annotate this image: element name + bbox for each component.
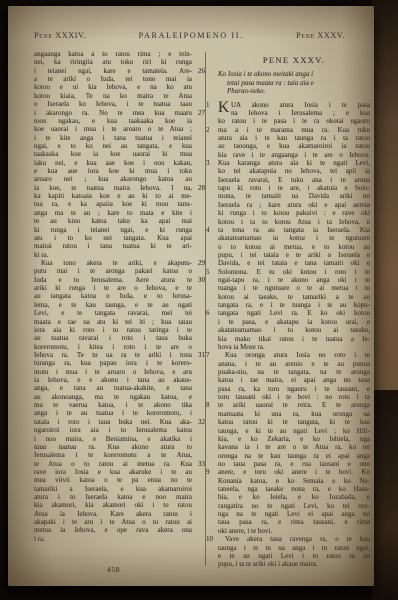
text-line: angaanga katoa a to ratou rima ; e tein-	[34, 50, 192, 58]
text-line: mairai ratou i tana tuatua ki te ari-	[34, 242, 192, 250]
text-line: tangata ngati Levi ra. E ko oki kotou6	[218, 309, 370, 317]
verse-number: 28	[198, 184, 205, 192]
verse-number: 31	[198, 351, 205, 359]
text-line: tangata ra, e i te tuanga i te au kopu-	[218, 301, 370, 309]
text-line: anga, e tana au tuatua-akakite, e tana	[34, 384, 192, 392]
text-line: ki runga i teianei ngai, e ki runga	[34, 226, 192, 234]
text-line: anana, i te au arenio e te au punua	[218, 360, 370, 368]
verse-number: 7	[206, 351, 210, 359]
text-line: au tangata katoa o Iuda, e to Ierusa-	[34, 292, 192, 300]
chapter-heading: PENE XXXV.	[218, 56, 370, 67]
text-line: tataia i roto i taua buka nei. Kua aka-3…	[34, 418, 192, 426]
text-line: iora aia ki roto i to ratou taringa i te	[34, 326, 192, 334]
text-line: kia akamori, kia akamori oki i to ratou	[34, 501, 192, 509]
text-line: ia Iehova, e e akono i tana au akaue-	[34, 376, 192, 384]
text-line: ariki ki runga i te are o Iehova, e te	[34, 284, 192, 292]
text-line: atu i to ko nei tangata. Kua apai	[34, 234, 192, 242]
text-line: Levi, e te tangata ravarai, mei tei	[34, 309, 192, 317]
text-line: i akarongo ra. No te mea kua maaru27	[34, 109, 192, 117]
text-line: o to kotou ai metua, e to kotou au	[218, 243, 370, 251]
text-line: ko ratou i te pasa i te ra okotai ngauru	[218, 117, 370, 125]
text-line: hova ia Mose ra.	[218, 343, 370, 351]
verse-number: 30	[198, 276, 205, 284]
text-line: iaku nei, e kua aae koe i oou kakau,	[34, 159, 192, 167]
text-line: akatateamamao i to kotou ai taeake,	[218, 326, 370, 334]
verse-number: 9	[206, 468, 210, 476]
text-line: ko tei akatapuia no Iehova, tei apii ia	[218, 167, 370, 175]
text-line: te au kino katoa taku ka apai mai	[34, 217, 192, 225]
chapter-summary-line: Ko Iosia i te akono meitaki anga i	[218, 70, 370, 79]
running-header-left: Pene XXXIV.	[34, 31, 86, 40]
text-line: Vave akera taua ravenga ra, o te kau10	[218, 535, 370, 543]
text-line: oronga na te kau taunga ra ei apai anga	[218, 452, 370, 460]
text-line: ki runga i to kotou pakuivi : e rave oki	[218, 209, 370, 217]
verse-number: 32	[198, 418, 205, 426]
text-line: e te au ngati Levi i to ratou ra au	[218, 552, 370, 560]
text-line: atura i to Iseraela katoa e noo maira	[34, 493, 192, 501]
text-line: tua ra, e ka apaiia koe ki toou tanu-	[34, 200, 192, 208]
text-line: o Iseraela ko Iehova, i te tuatua taau	[34, 100, 192, 108]
text-line: Iseraela ra ; kare atura oki e apai aere…	[218, 201, 370, 209]
right-text-column: PENE XXXV. Ko Iosia i te akono meitaki a…	[218, 50, 370, 569]
text-line: ma te vaerua katoa, i te akono tika	[34, 401, 192, 409]
text-line: kotou i ta to kotou Atua i ta Iehova, e	[218, 218, 370, 226]
text-line: no taua pasa ra, e rua tausani e ono	[218, 460, 370, 468]
verse-number: 8	[206, 401, 210, 409]
text-line: koreromotu, i kitea i roto i te are o	[34, 343, 192, 351]
text-line: putu mai i te aronga pakari katoa o	[34, 267, 192, 275]
text-line: UA akono atura Iosia i te pasa1K	[218, 101, 370, 109]
text-line: puaka-nio, na te tangata, na te aronga	[218, 368, 370, 376]
verse-number: 29	[198, 259, 205, 267]
text-line: oki anere, i te bovi.	[218, 527, 370, 535]
text-line: ngai-tapu ra, i te akono anga oki i te	[218, 276, 370, 284]
text-line: Kua karanga atura aia ki te ngati Levi,3	[218, 159, 370, 167]
text-line: koe uaorai i mua i te aroaro o te Atua ;	[34, 125, 192, 133]
text-line: mamaata ki una ra, kua oronga ua	[218, 410, 370, 418]
text-line: tamariki a Iseraela, e kua akamaroiroi	[34, 485, 192, 493]
text-line: Iseraela ravarai, E tuku ana i te aruna	[218, 176, 370, 184]
text-line: Atua ia Iehova. Kare akera ratou i	[34, 510, 192, 518]
text-line: i teianei ngai, kare e tamateia. Are-26	[34, 67, 192, 75]
text-line: taneela, nga taeake nona ra, e ko Hasa-	[218, 485, 370, 493]
text-line: pupu, i tei tataia e te ariki o Iseraela…	[218, 251, 370, 259]
text-line: Davida, e tei tataia e tana tamaiti oki …	[218, 259, 370, 267]
verse-number: 1	[206, 101, 210, 109]
verse-number: 27	[198, 109, 205, 117]
text-line: ngai, e to ko nei au tangata, e kua	[34, 142, 192, 150]
text-line: i noo maira, e Beniamina, e akatika i	[34, 435, 192, 443]
text-line: pasa ra, ka toru ngauru i te tausani, e	[218, 385, 370, 393]
text-line: akatateamamao ia kotou i te ngutuare	[218, 234, 370, 242]
chapter-summary: Ko Iosia i te akono meitaki anga i tetai…	[218, 70, 370, 96]
text-line: au taoonga, e kua akamaroiroi ia ratou	[218, 142, 370, 150]
text-line: i te kite anga i tana tuatua i teianei	[34, 134, 192, 142]
text-line: metua ia Iehova, e ope rava akera ona	[34, 526, 192, 534]
verse-number: 5	[206, 268, 210, 276]
text-line: tuanga i te ngutuare o te ai metua i to	[218, 284, 370, 292]
text-line: Kua oronga atura Iosia no roto i te7	[218, 351, 370, 359]
text-line: na Iehova i Ierusalema ; e kua	[218, 109, 370, 117]
text-line: toru tausani oki i te bovi : no roto i t…	[218, 393, 370, 401]
text-line: mona, te tamaiti na Davida ariki no	[218, 192, 370, 200]
text-line: taua tuatua ra. Kua akono atura to	[34, 443, 192, 451]
text-line: kia mako tikai ratou i te tuatua a Ie-	[218, 335, 370, 343]
running-header: Pene XXXIV. PARALEIPOMENO II. Pene XXXV.	[34, 31, 345, 43]
text-line: tapu ki roto i te are, i akatuia e Solo-	[218, 184, 370, 192]
text-line: Kua tono akera te ariki, e akaputu-29	[34, 259, 192, 267]
text-line: au akonoanga, ma te ngakau katoa, e	[34, 393, 192, 401]
verse-number: 6	[206, 309, 210, 317]
verse-number: 4	[206, 226, 210, 234]
text-line: bia, e ko Ieiela, e ko Iozabada, e	[218, 493, 370, 501]
text-line: aroaro nei ; kua akarongo katoa au	[34, 175, 192, 183]
text-line: katoa ratou ki te tangata, ki te kau	[218, 418, 370, 426]
book-page: Pene XXXIV. PARALEIPOMENO II. Pene XXXV.…	[8, 6, 374, 586]
page-number: 458	[107, 565, 120, 574]
running-header-right: Pene XXXV.	[296, 31, 345, 40]
text-line: Konania katoa, e ko Semaia e ko Ne-	[218, 477, 370, 485]
text-line: Iuda e to Ierusalema. Aere atura te30	[34, 276, 192, 284]
verse-number: 3	[206, 159, 210, 167]
text-line: kia rave i te angaanga i te are o Iehova…	[218, 151, 370, 159]
text-line: taakaaka koe ia koe uaorai ki mua	[34, 150, 192, 158]
text-line: kia, e ko Zekaria, e ko Iehiela, nga	[218, 435, 370, 443]
chapter-summary-line: Pharao-neko.	[218, 87, 370, 96]
verse-number: 10	[206, 535, 213, 543]
verse-number: 33	[198, 460, 205, 468]
text-line: taunga i te tu ua anga i to ratou ngai,	[218, 544, 370, 552]
text-line: ngaroiroi iora aia i to Ierusalema katoa	[34, 426, 192, 434]
text-line: rangatira no te ngati Levi, ko tei oro-	[218, 502, 370, 510]
text-line: te Atua o to ratou ai metua ra. Kua33	[34, 460, 192, 468]
text-line: kotou ai taeake, te tamariki a te au	[218, 293, 370, 301]
text-line: rave iora Iosia e kua akaruke i te au	[34, 468, 192, 476]
text-line: turanga ra, kua papau iora i te korero-	[34, 359, 192, 367]
text-line: anga ma te au ; kare to mata e kite i	[34, 209, 192, 217]
text-line: Ierusalema i te koreromotu a te Atua,	[34, 451, 192, 459]
text-line: i ra.	[34, 535, 192, 543]
text-line: ki ra.	[34, 251, 192, 259]
text-line: atura aia i te kau taunga ra i ta ratou	[218, 134, 370, 142]
text-line: te ariki uaorai te reira. E te aronga8	[218, 401, 370, 409]
text-line: ia koe, te tuatua maira Iehova. I na,28	[34, 184, 192, 192]
text-line: ma a i te marama mua ra. Kua tuku2	[218, 126, 370, 134]
text-line: kotou kiaia, Te na ko maira te Atua	[34, 92, 192, 100]
text-line: ta tona ra au tangata ia Iseraela. Kia4	[218, 226, 370, 234]
text-line: mea viivii katoa o te pa enua no te	[34, 476, 192, 484]
verse-number: 2	[206, 126, 210, 134]
text-line: maata e tae ua atu ki tei iti ; kua tata…	[34, 318, 192, 326]
left-text-column: angaanga katoa a to ratou rima ; e tein-…	[34, 50, 192, 543]
chapter-summary-line: tetai pasa maata ra : taia aia e	[218, 79, 370, 88]
text-line: anere, e toru oki anere i te bovi. Ko9	[218, 468, 370, 476]
text-line: nei, ka riringiia atu toku riri ki runga	[34, 58, 192, 66]
text-line: motu i mua i te aroaro o Iehova, e aru	[34, 368, 192, 376]
book-cover-edge	[372, 0, 398, 600]
right-column-body: UA akono atura Iosia i te pasa1Kna Iehov…	[218, 101, 370, 569]
text-line: kotou e ui kia Iehova, e na ko atu	[34, 83, 192, 91]
text-line: akapaki i te aru i te Atua o to ratou ai	[34, 518, 192, 526]
text-line: i te pasa, e akatapu ia kotou orai, e	[218, 318, 370, 326]
text-line: Iehova ra. Te tu ua ra te ariki i tona31	[34, 351, 192, 359]
running-header-title: PARALEIPOMENO II.	[139, 31, 244, 40]
text-line: ka kapiti katoaia koe e au ki to ai me-	[34, 192, 192, 200]
text-line: lema, e te kau taunga, e te au ngati	[34, 301, 192, 309]
verse-number: 26	[198, 67, 205, 75]
text-line: au tuatua ravarai i roto i taua buka	[34, 334, 192, 342]
book-photo: Pene XXXIV. PARALEIPOMENO II. Pene XXXV.…	[0, 0, 398, 600]
text-line: Solomona. E tu oki kotou i roto i te5	[218, 268, 370, 276]
text-line: pupu, i ta te ariki oki i akaue maira.	[218, 560, 370, 568]
text-line: e kua aue iora koe ki mua i toku	[34, 167, 192, 175]
text-line: nga na te ngati Levi ei apai anga no	[218, 510, 370, 518]
text-line: toou ngakau, e kua taakaaka koe ia	[34, 117, 192, 125]
text-line: a te ariki o Iuda, tei tono mai ia	[34, 75, 192, 83]
text-line: katoa i tae maira, ei apai anga no taua	[218, 376, 370, 384]
text-line: taua pasa ra, e rima tausani, e rima	[218, 518, 370, 526]
text-line: kavana ia i te are o te Atua ra, ko tei	[218, 443, 370, 451]
text-line: taunga, e ki te au ngati Levi ; ko Hili-	[218, 427, 370, 435]
text-line: anga i te au tuatua i te koreromotu, i	[34, 409, 192, 417]
